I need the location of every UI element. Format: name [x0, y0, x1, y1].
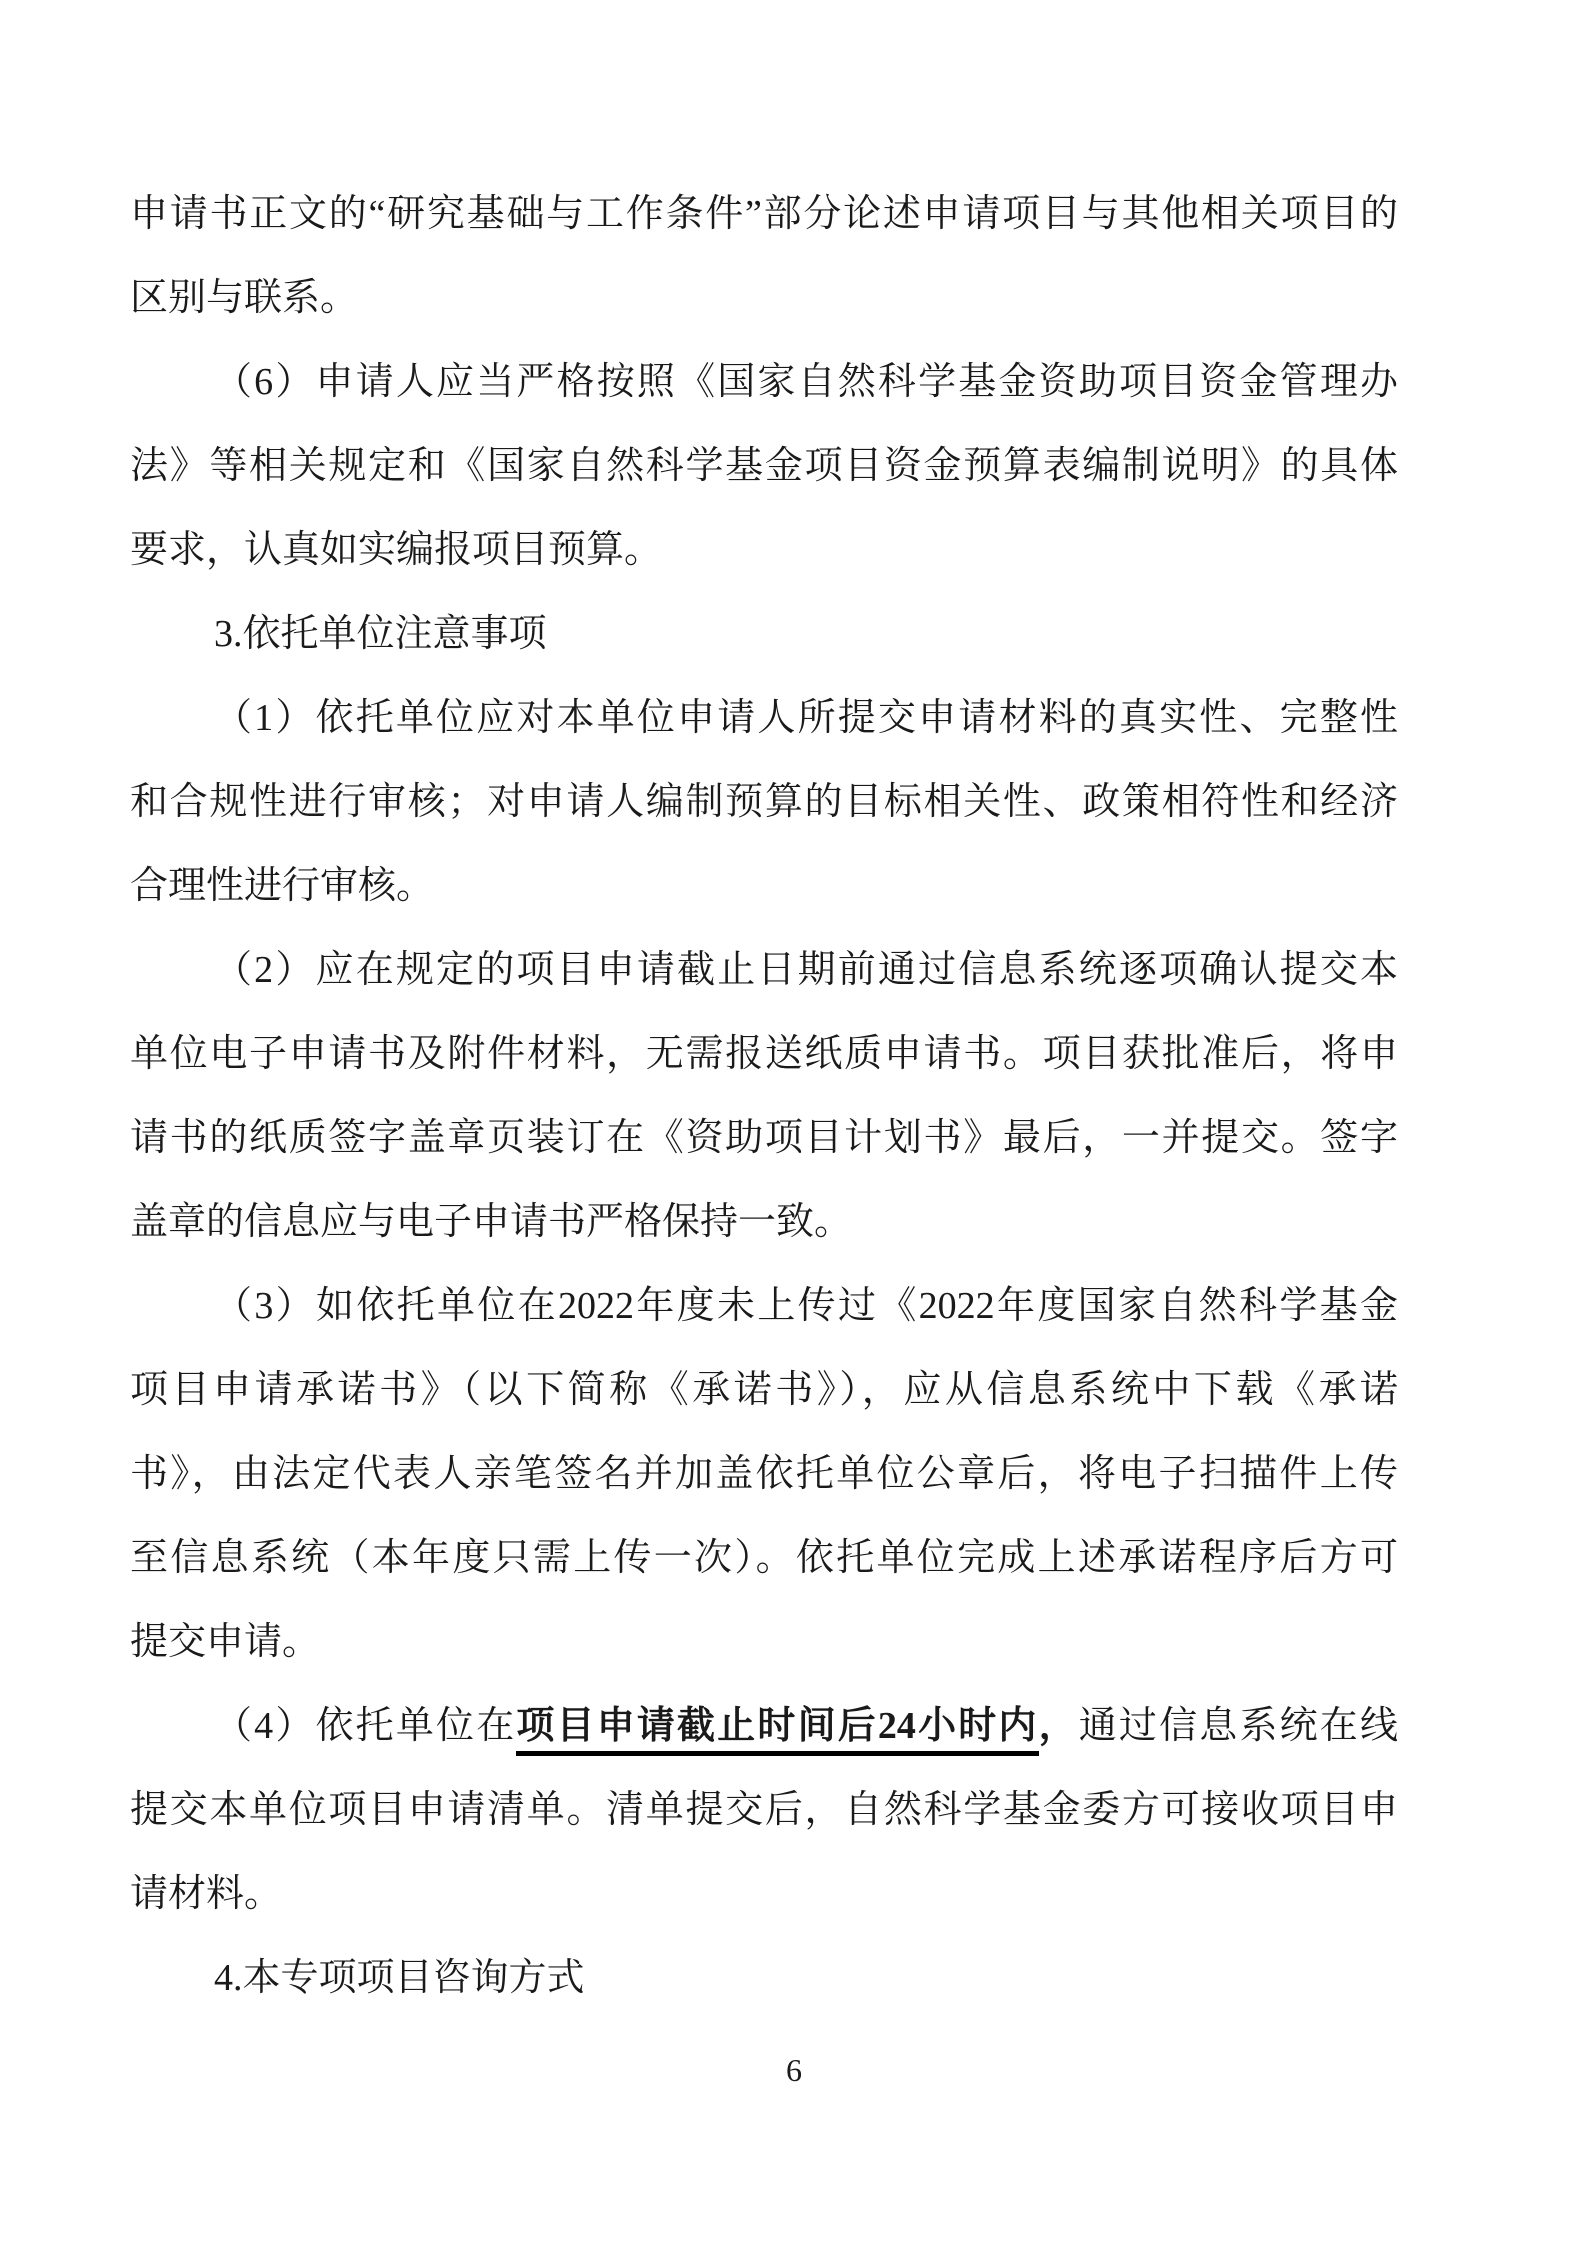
text-segment: 申请书正文的“研究基础与工作条件”部分论述申请项目与其他相关项目的 [130, 193, 1398, 235]
text-line: 要求，认真如实编报项目预算。 [130, 508, 1398, 592]
text-segment: （4）依托单位在 [214, 1705, 516, 1747]
text-line: 区别与联系。 [130, 256, 1398, 340]
text-line: 和合规性进行审核；对申请人编制预算的目标相关性、政策相符性和经济 [130, 760, 1398, 844]
text-segment: 通过信息系统在线 [1079, 1705, 1398, 1747]
text-line: （4）依托单位在项目申请截止时间后24小时内，通过信息系统在线 [130, 1684, 1398, 1768]
text-segment: （6）申请人应当严格按照《国家自然科学基金资助项目资金管理办 [214, 361, 1398, 403]
document-body: 申请书正文的“研究基础与工作条件”部分论述申请项目与其他相关项目的区别与联系。（… [130, 172, 1398, 2020]
text-segment: （1）依托单位应对本单位申请人所提交申请材料的真实性、完整性 [214, 697, 1398, 739]
document-page: 申请书正文的“研究基础与工作条件”部分论述申请项目与其他相关项目的区别与联系。（… [0, 0, 1588, 2245]
text-line: 合理性进行审核。 [130, 844, 1398, 928]
text-segment: 合理性进行审核。 [130, 865, 434, 907]
text-segment: 请书的纸质签字盖章页装订在《资助项目计划书》最后，一并提交。签字 [130, 1117, 1398, 1159]
emphasized-deadline-text: 项目申请截止时间后24小时内 [516, 1705, 1038, 1756]
text-line: 4.本专项项目咨询方式 [130, 1936, 1398, 2020]
text-segment: 要求，认真如实编报项目预算。 [130, 529, 662, 571]
text-line: 3.依托单位注意事项 [130, 592, 1398, 676]
text-segment: 请材料。 [130, 1873, 282, 1915]
text-line: （1）依托单位应对本单位申请人所提交申请材料的真实性、完整性 [130, 676, 1398, 760]
text-segment: ， [1039, 1705, 1079, 1747]
text-line: （6）申请人应当严格按照《国家自然科学基金资助项目资金管理办 [130, 340, 1398, 424]
text-line: 请材料。 [130, 1852, 1398, 1936]
text-segment: 书》，由法定代表人亲笔签名并加盖依托单位公章后，将电子扫描件上传 [130, 1453, 1398, 1495]
text-segment: 单位电子申请书及附件材料，无需报送纸质申请书。项目获批准后，将申 [130, 1033, 1398, 1075]
text-line: （3）如依托单位在2022年度未上传过《2022年度国家自然科学基金 [130, 1264, 1398, 1348]
text-line: 项目申请承诺书》（以下简称《承诺书》），应从信息系统中下载《承诺 [130, 1348, 1398, 1432]
text-segment: 提交申请。 [130, 1621, 320, 1663]
text-segment: 法》等相关规定和《国家自然科学基金项目资金预算表编制说明》的具体 [130, 445, 1398, 487]
text-segment: 4.本专项项目咨询方式 [214, 1957, 585, 1999]
text-segment: 和合规性进行审核；对申请人编制预算的目标相关性、政策相符性和经济 [130, 781, 1398, 823]
text-line: 申请书正文的“研究基础与工作条件”部分论述申请项目与其他相关项目的 [130, 172, 1398, 256]
text-segment: 区别与联系。 [130, 277, 358, 319]
text-segment: 至信息系统（本年度只需上传一次）。依托单位完成上述承诺程序后方可 [130, 1537, 1398, 1579]
text-line: 提交本单位项目申请清单。清单提交后，自然科学基金委方可接收项目申 [130, 1768, 1398, 1852]
page-number: 6 [0, 2048, 1588, 2092]
text-line: 书》，由法定代表人亲笔签名并加盖依托单位公章后，将电子扫描件上传 [130, 1432, 1398, 1516]
text-segment: 项目申请承诺书》（以下简称《承诺书》），应从信息系统中下载《承诺 [130, 1369, 1398, 1411]
text-line: 单位电子申请书及附件材料，无需报送纸质申请书。项目获批准后，将申 [130, 1012, 1398, 1096]
text-line: 请书的纸质签字盖章页装订在《资助项目计划书》最后，一并提交。签字 [130, 1096, 1398, 1180]
text-line: 法》等相关规定和《国家自然科学基金项目资金预算表编制说明》的具体 [130, 424, 1398, 508]
text-line: 盖章的信息应与电子申请书严格保持一致。 [130, 1180, 1398, 1264]
text-line: 提交申请。 [130, 1600, 1398, 1684]
text-segment: 3.依托单位注意事项 [214, 613, 547, 655]
text-segment: （3）如依托单位在2022年度未上传过《2022年度国家自然科学基金 [214, 1285, 1398, 1327]
text-line: （2）应在规定的项目申请截止日期前通过信息系统逐项确认提交本 [130, 928, 1398, 1012]
text-segment: 提交本单位项目申请清单。清单提交后，自然科学基金委方可接收项目申 [130, 1789, 1398, 1831]
text-segment: 盖章的信息应与电子申请书严格保持一致。 [130, 1201, 852, 1243]
text-segment: （2）应在规定的项目申请截止日期前通过信息系统逐项确认提交本 [214, 949, 1398, 991]
text-line: 至信息系统（本年度只需上传一次）。依托单位完成上述承诺程序后方可 [130, 1516, 1398, 1600]
